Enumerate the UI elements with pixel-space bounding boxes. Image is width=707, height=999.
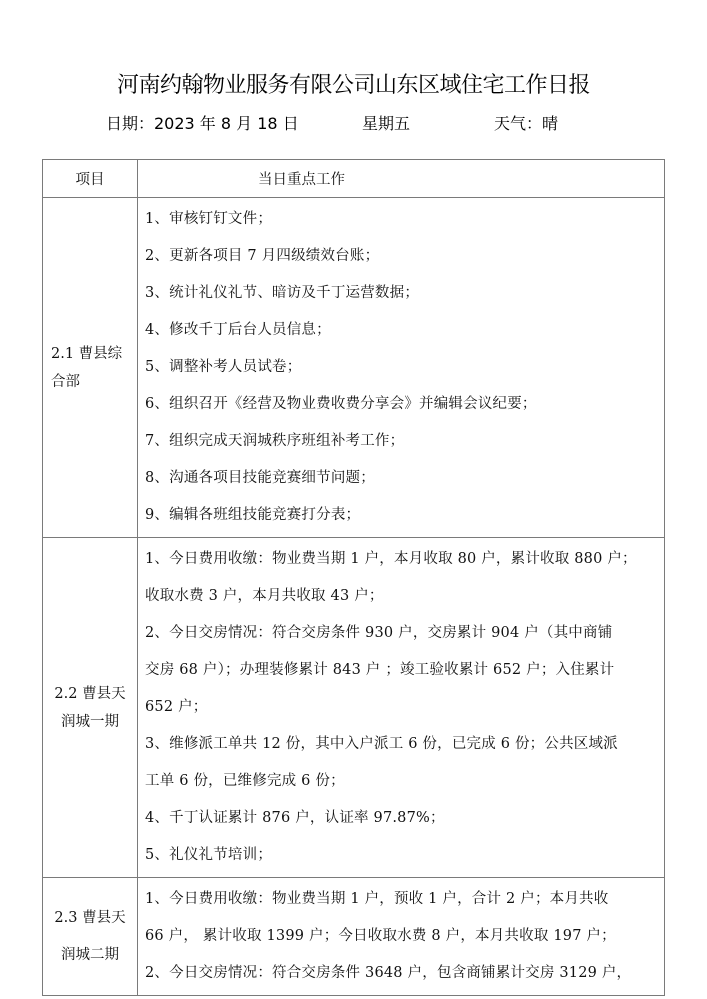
report-date: 日期：2023 年 8 月 18 日 [106,111,299,133]
work-item: 4、千丁认证累计 876 户，认证率 97.87%； [145,800,658,837]
work-item: 2、今日交房情况：符合交房条件 3648 户，包含商铺累计交房 3129 户， [145,955,658,992]
work-item: 2、今日交房情况：符合交房条件 930 户，交房累计 904 户（其中商铺 [145,615,658,652]
project-name-line: 2.3 曹县天 [49,900,131,937]
table-row: 2.3 曹县天 润城二期 1、今日费用收缴：物业费当期 1 户，预收 1 户，合… [43,878,665,996]
work-item: 1、今日费用收缴：物业费当期 1 户，预收 1 户，合计 2 户；本月共收 [145,881,658,918]
work-item: 8、沟通各项目技能竞赛细节问题； [145,460,658,497]
table-row: 2.1 曹县综 合部 1、审核钉钉文件； 2、更新各项目 7 月四级绩效台账； … [43,198,665,538]
work-item: 5、礼仪礼节培训； [145,837,658,874]
project-name-line: 2.1 曹县综 [51,340,131,368]
project-name-line: 合部 [51,368,131,396]
work-item: 1、今日费用收缴：物业费当期 1 户，本月收取 80 户，累计收取 880 户； [145,541,658,578]
project-name-cell: 2.1 曹县综 合部 [43,198,138,538]
work-items-cell: 1、审核钉钉文件； 2、更新各项目 7 月四级绩效台账； 3、统计礼仪礼节、暗访… [138,198,665,538]
table-row: 2.2 曹县天 润城一期 1、今日费用收缴：物业费当期 1 户，本月收取 80 … [43,538,665,878]
work-item: 652 户； [145,689,658,726]
work-item: 66 户， 累计收取 1399 户；今日收取水费 8 户，本月共收取 197 户… [145,918,658,955]
work-items-cell: 1、今日费用收缴：物业费当期 1 户，预收 1 户，合计 2 户；本月共收 66… [138,878,665,996]
work-item: 9、编辑各班组技能竞赛打分表； [145,497,658,534]
column-header-item: 项目 [43,160,138,198]
work-item: 3、统计礼仪礼节、暗访及千丁运营数据； [145,275,658,312]
project-name-line: 润城二期 [49,937,131,974]
work-item: 4、修改千丁后台人员信息； [145,312,658,349]
work-item: 5、调整补考人员试卷； [145,349,658,386]
project-name-cell: 2.3 曹县天 润城二期 [43,878,138,996]
report-title: 河南约翰物业服务有限公司山东区域住宅工作日报 [0,68,707,99]
project-name-cell: 2.2 曹县天 润城一期 [43,538,138,878]
daily-report-table: 项目 当日重点工作 2.1 曹县综 合部 1、审核钉钉文件； 2、更新各项目 7… [42,159,665,996]
project-name-line: 润城一期 [49,708,131,736]
work-item: 6、组织召开《经营及物业费收费分享会》并编辑会议纪要； [145,386,658,423]
table-header-row: 项目 当日重点工作 [43,160,665,198]
work-item: 3、维修派工单共 12 份，其中入户派工 6 份，已完成 6 份；公共区域派 [145,726,658,763]
work-item: 7、组织完成天润城秩序班组补考工作； [145,423,658,460]
project-name-line: 2.2 曹县天 [49,680,131,708]
work-item: 收取水费 3 户，本月共收取 43 户； [145,578,658,615]
work-item: 工单 6 份，已维修完成 6 份； [145,763,658,800]
column-header-work: 当日重点工作 [138,160,665,198]
work-item: 交房 68 户）；办理装修累计 843 户 ；竣工验收累计 652 户；入住累计 [145,652,658,689]
report-weekday: 星期五 [362,111,410,133]
work-item: 1、审核钉钉文件； [145,201,658,238]
report-weather: 天气：晴 [494,111,558,133]
work-items-cell: 1、今日费用收缴：物业费当期 1 户，本月收取 80 户，累计收取 880 户；… [138,538,665,878]
work-item: 2、更新各项目 7 月四级绩效台账； [145,238,658,275]
